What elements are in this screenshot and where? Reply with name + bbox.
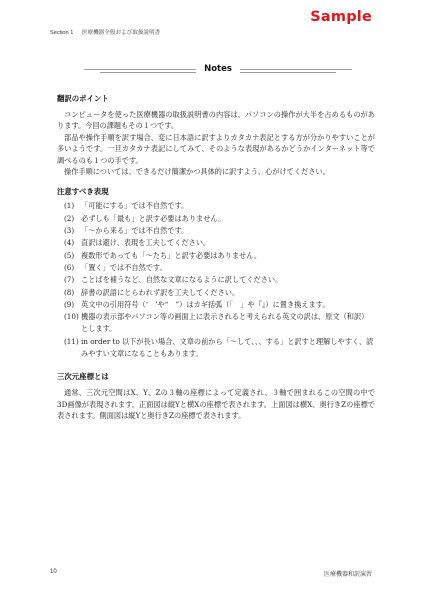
running-head-title: 医療機器全般および取扱説明書 bbox=[82, 30, 160, 36]
section-caution-expressions: 注意すべき表現 (1)「可能にする」では不自然です。 (2)必ずしも「最も」と訳… bbox=[57, 186, 375, 360]
footer-book-title: 医療機器和訳演習 bbox=[324, 569, 372, 578]
list-item: (4)直訳は避け、表現を工夫してください。 bbox=[57, 237, 375, 249]
notes-content: 翻訳のポイント コンピュータを使った医療機器の取扱説明書の内容は、パソコンの操作… bbox=[57, 93, 375, 422]
notes-heading-bar: Notes bbox=[84, 64, 352, 78]
item-text: 「可能にする」では不自然です。 bbox=[81, 200, 375, 212]
paragraph: 通常、三次元空間はX、Y、Zの３軸の座標によって定義され、３軸で囲まれるこの空間… bbox=[57, 387, 375, 421]
item-text: 直訳は避け、表現を工夫してください。 bbox=[81, 237, 375, 249]
list-item: (6)「置く」では不自然です。 bbox=[57, 262, 375, 274]
list-item: (1)「可能にする」では不自然です。 bbox=[57, 200, 375, 212]
list-item: (8)辞書の訳語にとらわれず訳を工夫してください。 bbox=[57, 287, 375, 299]
section-translation-points: 翻訳のポイント コンピュータを使った医療機器の取扱説明書の内容は、パソコンの操作… bbox=[57, 93, 375, 177]
item-text: ことばを補うなど、自然な文章になるように訳してください。 bbox=[81, 274, 375, 286]
item-text: 辞書の訳語にとらわれず訳を工夫してください。 bbox=[81, 287, 375, 299]
page-number: 10 bbox=[50, 569, 57, 575]
running-head-section: Section 1 bbox=[50, 30, 73, 36]
item-text: 「置く」では不自然です。 bbox=[81, 262, 375, 274]
item-text: 複数形であっても「〜たち」と訳す必要はありません。 bbox=[81, 250, 375, 262]
item-text: 「〜から来る」では不自然です。 bbox=[81, 225, 375, 237]
item-text: 英文中の引用符号（‘ ’や“ ”）はカギ括弧（「 」や『』）に置き換えます。 bbox=[81, 299, 375, 311]
list-item: (3)「〜から来る」では不自然です。 bbox=[57, 225, 375, 237]
list-item: (7)ことばを補うなど、自然な文章になるように訳してください。 bbox=[57, 274, 375, 286]
sample-watermark: Sample bbox=[310, 9, 372, 25]
section-title: 注意すべき表現 bbox=[57, 186, 375, 197]
item-number: (11) bbox=[57, 336, 81, 361]
item-number: (1) bbox=[57, 200, 81, 212]
section-title: 三次元座標とは bbox=[57, 371, 375, 382]
item-number: (10) bbox=[57, 311, 81, 336]
list-item: (10)機器の表示部やパソコン等の画面上に表示されると考えられる英文の訳は、原文… bbox=[57, 311, 375, 336]
section-3d-coordinates: 三次元座標とは 通常、三次元空間はX、Y、Zの３軸の座標によって定義され、３軸で… bbox=[57, 371, 375, 421]
item-number: (8) bbox=[57, 287, 81, 299]
item-number: (2) bbox=[57, 213, 81, 225]
notes-heading: Notes bbox=[84, 64, 352, 74]
paragraph: 部品や操作手順を訳す場合、変に日本語に訳すよりカタカナ表記とする方が分かりやすい… bbox=[57, 132, 375, 166]
list-item: (2)必ずしも「最も」と訳す必要はありません。 bbox=[57, 213, 375, 225]
section-title: 翻訳のポイント bbox=[57, 93, 375, 104]
item-text: 機器の表示部やパソコン等の画面上に表示されると考えられる英文の訳は、原文（和訳）… bbox=[81, 311, 375, 336]
running-head: Section 1 医療機器全般および取扱説明書 bbox=[50, 28, 160, 36]
paragraph: コンピュータを使った医療機器の取扱説明書の内容は、パソコンの操作が大半を占めるも… bbox=[57, 109, 375, 132]
paragraph: 操作手順については、できるだけ簡潔かつ具体的に訳すよう、心がけてください。 bbox=[57, 166, 375, 177]
item-number: (3) bbox=[57, 225, 81, 237]
item-text: 必ずしも「最も」と訳す必要はありません。 bbox=[81, 213, 375, 225]
item-number: (7) bbox=[57, 274, 81, 286]
item-number: (5) bbox=[57, 250, 81, 262]
item-text: in order to 以下が長い場合、文章の前から「〜して、、、する」と訳すと… bbox=[81, 336, 375, 361]
list-item: (5)複数形であっても「〜たち」と訳す必要はありません。 bbox=[57, 250, 375, 262]
caution-list: (1)「可能にする」では不自然です。 (2)必ずしも「最も」と訳す必要はありませ… bbox=[57, 200, 375, 360]
item-number: (4) bbox=[57, 237, 81, 249]
item-number: (6) bbox=[57, 262, 81, 274]
list-item: (9)英文中の引用符号（‘ ’や“ ”）はカギ括弧（「 」や『』）に置き換えます… bbox=[57, 299, 375, 311]
item-number: (9) bbox=[57, 299, 81, 311]
list-item: (11)in order to 以下が長い場合、文章の前から「〜して、、、する」… bbox=[57, 336, 375, 361]
